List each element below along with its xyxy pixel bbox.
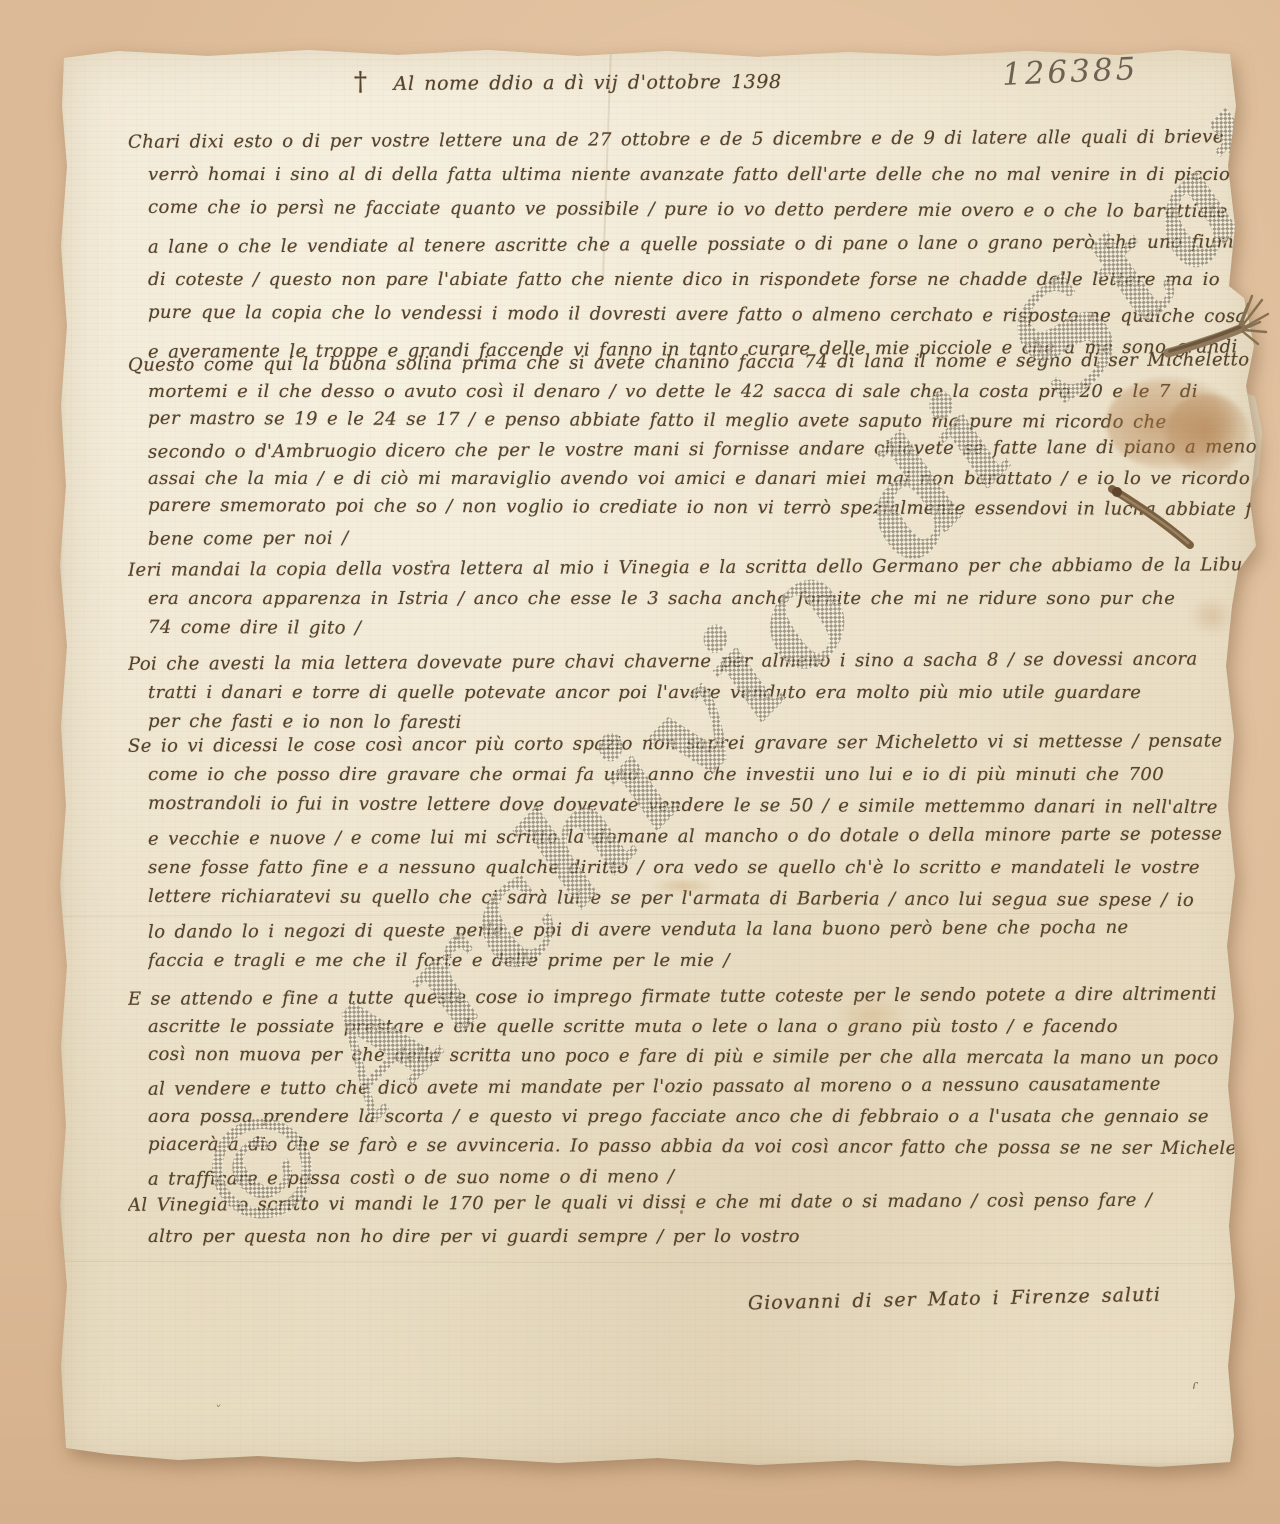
handwritten-line: secondo o d'Ambruogio dicero che per le … (148, 432, 1256, 466)
handwritten-line: lo dando lo i negozi di queste perle e p… (148, 911, 1256, 947)
handwritten-line: mortemi e il che desso o avuto così il d… (148, 377, 1256, 406)
handwritten-line: ascritte le possiate prestare e che quel… (148, 1012, 1256, 1042)
handwritten-line: 74 come dire il gito / (148, 612, 1256, 647)
manuscript-scan-page: †Al nome ddio a dì vij d'ottobre 1398 12… (0, 0, 1280, 1524)
handwritten-line: piacerà a dio che se farò e se avvinceri… (148, 1130, 1256, 1164)
signature-line: Giovanni di ser Mato i Firenze saluti (748, 1284, 1161, 1315)
handwritten-line: tratti i danari e torre di quelle poteva… (148, 677, 1256, 708)
handwritten-line: sene fosse fatto fine e a nessuno qualch… (148, 852, 1256, 883)
paragraph-4: Poi che avesti la mia lettera dovevate p… (128, 646, 1256, 739)
pencil-mark: ɾ (1192, 1378, 1198, 1393)
handwritten-line: come che io persì ne facciate quanto ve … (148, 190, 1256, 229)
handwritten-line: come io che posso dire gravare che ormai… (148, 759, 1256, 790)
handwritten-line: mostrandoli io fui in vostre lettere dov… (148, 788, 1256, 823)
handwritten-line: Chari dixi esto o di per vostre lettere … (128, 119, 1256, 160)
handwritten-line: Poi che avesti la mia lettera dovevate p… (128, 643, 1256, 680)
handwritten-line: Ieri mandai la copia della vostra letter… (128, 549, 1256, 586)
handwritten-line: altro per questa non ho dire per vi guar… (148, 1220, 1256, 1254)
handwritten-line: E se attendo e fine a tutte queste cose … (128, 979, 1256, 1015)
handwritten-line: lettere richiaratevi su quello che ci sa… (148, 881, 1256, 916)
heading-text: Al nome ddio a dì vij d'ottobre 1398 (394, 71, 782, 95)
handwritten-line: faccia e tragli e me che il forte e dell… (148, 945, 1256, 976)
handwritten-line: pure que la copia che lo vendessi i modo… (148, 295, 1256, 334)
manuscript-paper: †Al nome ddio a dì vij d'ottobre 1398 12… (58, 46, 1258, 1470)
invocation-cross-icon: † (354, 67, 368, 97)
archive-number: 126385 (1001, 51, 1139, 93)
paragraph-6: E se attendo e fine a tutte queste cose … (128, 982, 1256, 1192)
handwritten-line: al vendere e tutto che dico avete mi man… (148, 1069, 1256, 1104)
handwritten-line: così non muova per che della scritta uno… (148, 1040, 1256, 1074)
handwritten-line: bene come per noi / (148, 519, 1256, 553)
handwritten-line: e vecchie e nuove / e come lui mi scritt… (148, 818, 1256, 854)
paper-wrap: †Al nome ddio a dì vij d'ottobre 1398 12… (0, 0, 1280, 1524)
handwritten-line: a lane o che le vendiate al tenere ascri… (148, 224, 1256, 264)
handwritten-line: aora possa prendere la scorta / e questo… (148, 1102, 1256, 1132)
handwritten-line: assai che la mia / e di ciò mi maravigli… (148, 464, 1256, 493)
handwritten-line: Questo come qui la buona solina prima ch… (128, 345, 1256, 380)
pencil-mark: ˇ (214, 1404, 221, 1419)
handwritten-line: Se io vi dicessi le cose così ancor più … (128, 725, 1256, 762)
paragraph-1: Chari dixi esto o di per vostre lettere … (128, 122, 1256, 367)
paragraph-2: Questo come qui la buona solina prima ch… (128, 348, 1256, 551)
handwritten-line: verrò homai i sino al di della fatta ult… (148, 157, 1256, 192)
handwriting-layer: †Al nome ddio a dì vij d'ottobre 1398 12… (58, 46, 1258, 1470)
letter-heading: †Al nome ddio a dì vij d'ottobre 1398 (354, 65, 782, 97)
paragraph-5: Se io vi dicessi le cose così ancor più … (128, 728, 1256, 976)
handwritten-line: Al Vinegia o scritto vi mandi le 170 per… (128, 1183, 1256, 1223)
handwritten-line: di coteste / questo non pare l'abiate fa… (148, 262, 1256, 297)
paragraph-3: Ieri mandai la copia della vostra letter… (128, 552, 1256, 645)
paragraph-7: Al Vinegia o scritto vi mandi le 170 per… (128, 1186, 1256, 1254)
handwritten-line: era ancora apparenza in Istria / anco ch… (148, 583, 1256, 614)
